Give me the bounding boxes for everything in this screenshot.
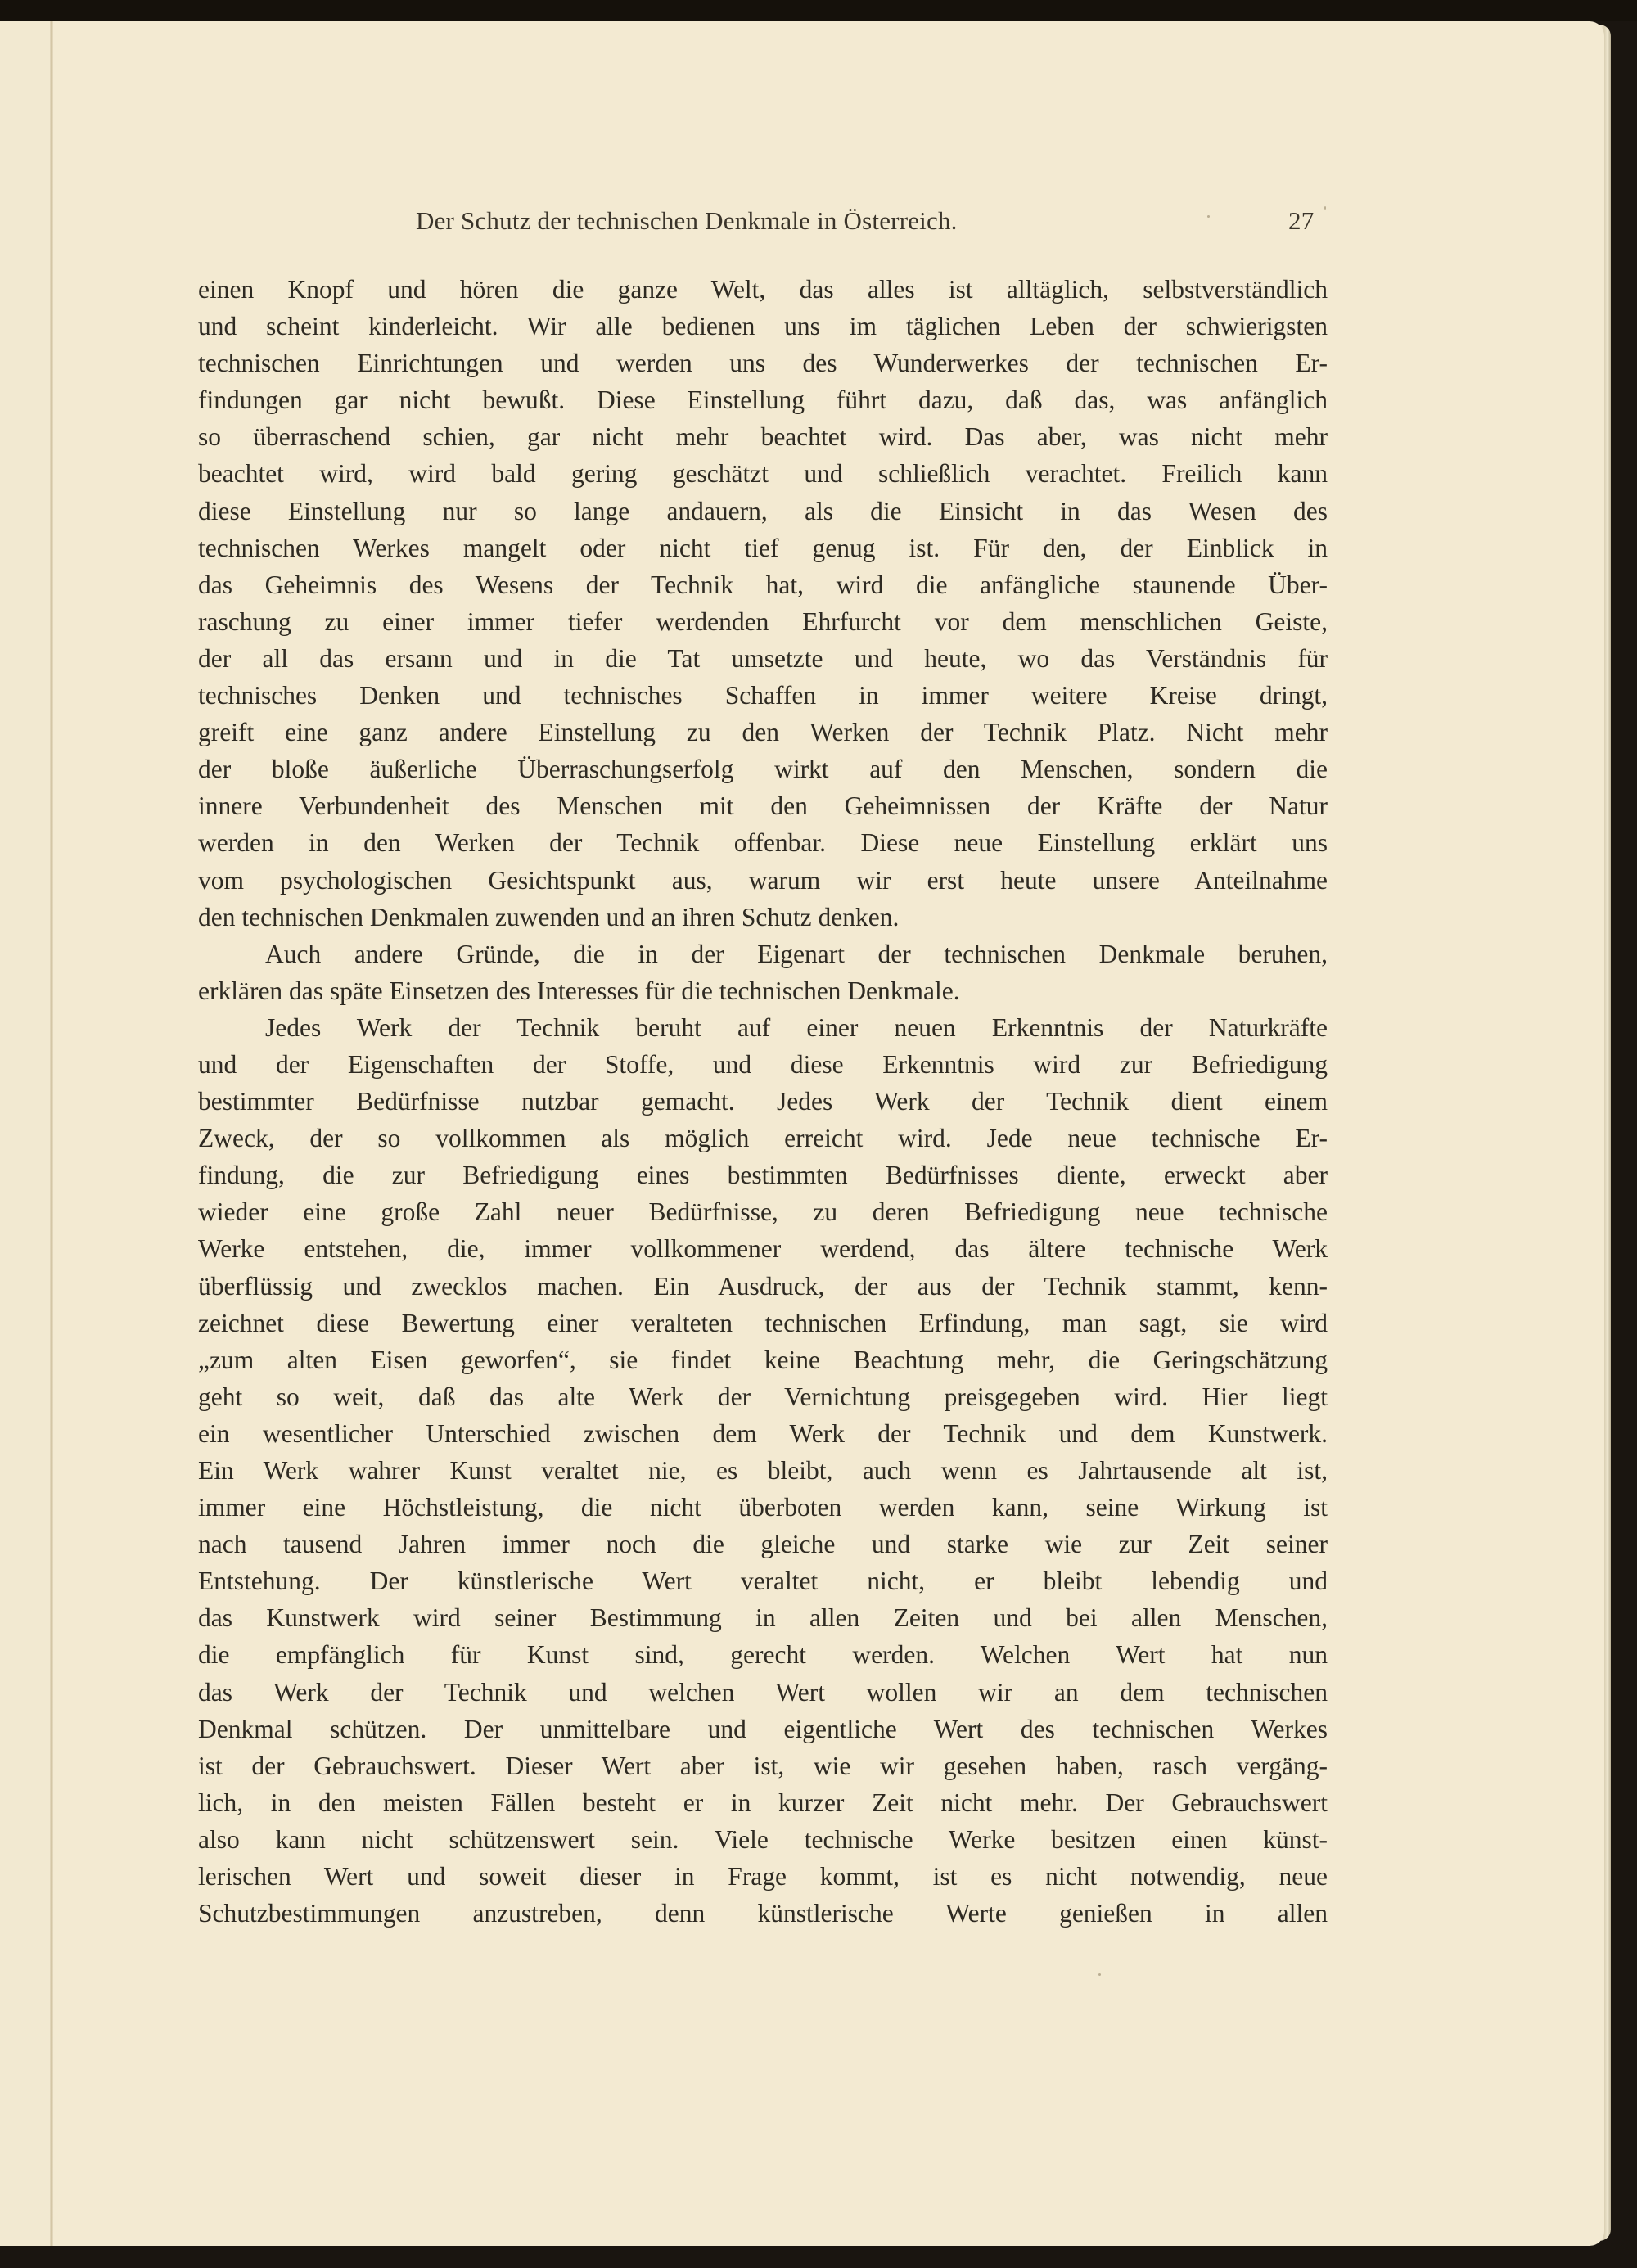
running-head-title: Der Schutz der technischen Denkmale in Ö… [416, 206, 958, 236]
text-line: vom psychologischen Gesichtspunkt aus, w… [198, 862, 1328, 899]
text-line: findungen gar nicht bewußt. Diese Einste… [198, 381, 1328, 418]
text-line: die empfänglich für Kunst sind, gerecht … [198, 1636, 1328, 1673]
text-line: das Werk der Technik und welchen Wert wo… [198, 1674, 1328, 1711]
text-line: technischen Werkes mangelt oder nicht ti… [198, 530, 1328, 566]
text-line: Auch andere Gründe, die in der Eigenart … [198, 936, 1328, 972]
text-line: lich, in den meisten Fällen besteht er i… [198, 1784, 1328, 1821]
text-line: überflüssig und zwecklos machen. Ein Aus… [198, 1268, 1328, 1305]
text-line: Schutzbestimmungen anzustreben, denn kün… [198, 1895, 1328, 1932]
scanned-page: Der Schutz der technischen Denkmale in Ö… [0, 0, 1637, 2268]
text-line: wieder eine große Zahl neuer Bedürfnisse… [198, 1193, 1328, 1230]
text-line: Entstehung. Der künstlerische Wert veral… [198, 1562, 1328, 1599]
text-line: einen Knopf und hören die ganze Welt, da… [198, 271, 1328, 308]
text-line: Jedes Werk der Technik beruht auf einer … [198, 1009, 1328, 1046]
text-line: lerischen Wert und soweit dieser in Frag… [198, 1858, 1328, 1895]
text-line: der bloße äußerliche Überraschungserfolg… [198, 751, 1328, 787]
text-line: Zweck, der so vollkommen als möglich err… [198, 1120, 1328, 1157]
text-line: Werke entstehen, die, immer vollkommener… [198, 1230, 1328, 1267]
text-line: technischen Einrichtungen und werden uns… [198, 345, 1328, 381]
text-line: immer eine Höchstleistung, die nicht übe… [198, 1489, 1328, 1526]
text-line: und scheint kinderleicht. Wir alle bedie… [198, 308, 1328, 345]
text-line: technisches Denken und technisches Schaf… [198, 677, 1328, 714]
text-line: ist der Gebrauchswert. Dieser Wert aber … [198, 1747, 1328, 1784]
text-line: so überraschend schien, gar nicht mehr b… [198, 418, 1328, 455]
text-line: findung, die zur Befriedigung eines best… [198, 1157, 1328, 1193]
text-line: „zum alten Eisen geworfen“, sie findet k… [198, 1341, 1328, 1378]
text-line: werden in den Werken der Technik offenba… [198, 824, 1328, 861]
text-line: bestimmter Bedürfnisse nutzbar gemacht. … [198, 1083, 1328, 1120]
text-line: der all das ersann und in die Tat umsetz… [198, 640, 1328, 677]
text-line: ein wesentlicher Unterschied zwischen de… [198, 1415, 1328, 1452]
text-line: den technischen Denkmalen zuwenden und a… [198, 899, 1328, 936]
body-text: einen Knopf und hören die ganze Welt, da… [198, 271, 1328, 1932]
scan-top-border [0, 0, 1637, 21]
text-line: diese Einstellung nur so lange andauern,… [198, 493, 1328, 530]
paragraph: Jedes Werk der Technik beruht auf einer … [198, 1009, 1328, 1932]
running-head: Der Schutz der technischen Denkmale in Ö… [0, 206, 1637, 239]
text-line: also kann nicht schützenswert sein. Viel… [198, 1821, 1328, 1858]
text-line: Ein Werk wahrer Kunst veraltet nie, es b… [198, 1452, 1328, 1489]
text-line: und der Eigenschaften der Stoffe, und di… [198, 1046, 1328, 1083]
gutter-line [50, 21, 53, 2246]
facing-page-margin [0, 21, 50, 2246]
text-line: innere Verbundenheit des Menschen mit de… [198, 787, 1328, 824]
text-line: nach tausend Jahren immer noch die gleic… [198, 1526, 1328, 1562]
page-number: 27 [1288, 206, 1314, 236]
text-line: Denkmal schützen. Der unmittelbare und e… [198, 1711, 1328, 1747]
text-line: das Kunstwerk wird seiner Bestimmung in … [198, 1599, 1328, 1636]
text-line: erklären das späte Einsetzen des Interes… [198, 972, 1328, 1009]
text-line: greift eine ganz andere Einstellung zu d… [198, 714, 1328, 751]
text-line: zeichnet diese Bewertung einer veraltete… [198, 1305, 1328, 1341]
paper-speck [1098, 1973, 1101, 1976]
text-line: das Geheimnis des Wesens der Technik hat… [198, 566, 1328, 603]
text-line: geht so weit, daß das alte Werk der Vern… [198, 1378, 1328, 1415]
text-line: raschung zu einer immer tiefer werdenden… [198, 603, 1328, 640]
paragraph: Auch andere Gründe, die in der Eigenart … [198, 936, 1328, 1009]
paragraph: einen Knopf und hören die ganze Welt, da… [198, 271, 1328, 936]
text-line: beachtet wird, wird bald gering geschätz… [198, 455, 1328, 492]
